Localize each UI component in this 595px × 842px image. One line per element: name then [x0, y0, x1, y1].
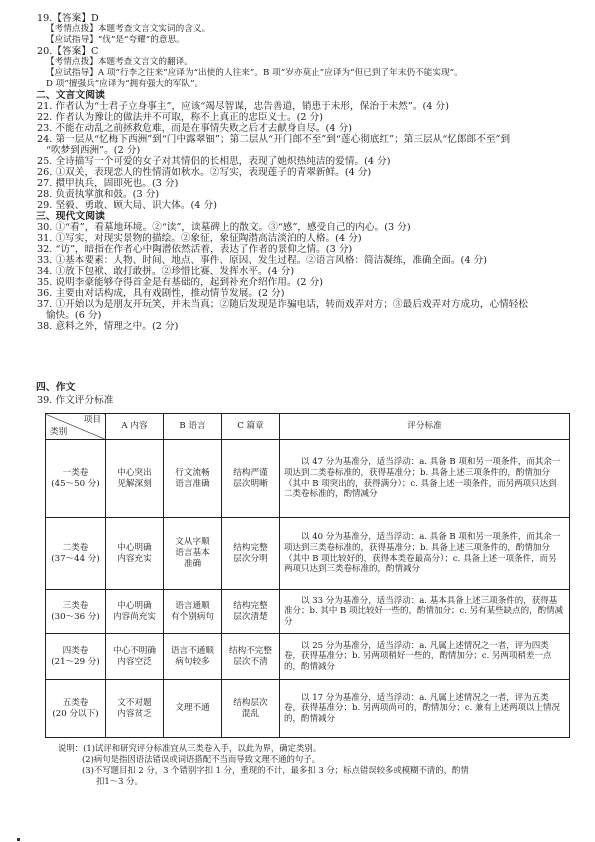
- answer-key-page: 19.【答案】D 【考情点拨】本题考查文言文实词的含义。 【应试指导】“伐”是“…: [0, 0, 595, 842]
- header-content: A 内容: [106, 414, 164, 440]
- grade-cell: 一类卷 (45～50 分): [46, 440, 106, 518]
- q20-guide-cont: D 项“擅强兵”应译为“拥有强大的军队”。: [46, 79, 203, 90]
- structure-text: 混乱: [224, 709, 277, 720]
- structure-text: 层次清楚: [224, 612, 277, 623]
- content-text: 见解深刻: [108, 479, 161, 490]
- language-text: 文从字顺: [166, 537, 219, 548]
- answer-item: 30. ①“看”，看墓地环境。②“读”，读墓碑上的散文。③“感”，感受自己的内心…: [37, 222, 411, 233]
- content-cell: 中心明确 内容尚充实: [106, 590, 164, 634]
- structure-cell: 结构不完整 层次不清: [222, 634, 280, 680]
- language-text: 语言通顺: [166, 601, 219, 612]
- q20-answer: 20.【答案】C: [37, 46, 98, 57]
- criteria-cell: 以 25 分为基准分，适当浮动：a. 凡属上述情况之一者，评为四类卷，获得基准分…: [280, 634, 570, 680]
- language-text: 行文流畅: [166, 468, 219, 479]
- structure-text: 结构完整: [224, 543, 277, 554]
- structure-text: 结构层次: [224, 698, 277, 709]
- answer-item: 25. 全诗描写一个可爱的女子对其情侣的长相思，表现了她炽热纯洁的爱情。(4 分…: [37, 156, 391, 167]
- answer-item: 37. ①开始以为是朋友开玩笑，并未当真；②随后发现是诈骗电话，转而戏弄对方；③…: [37, 299, 528, 310]
- header-structure: C 篇章: [222, 414, 280, 440]
- answer-item: 35. 说明李豪能够夺得首金是有基础的，起到补充介绍作用。(2 分): [37, 277, 323, 288]
- section-title-modern-reading: 三、现代文阅读: [36, 211, 105, 222]
- answer-item: 33. ①基本要素：人物、时间、地点、事件、原因、发生过程。②语言风格：简洁凝练…: [37, 255, 487, 266]
- content-text: 中心明确: [108, 543, 161, 554]
- rubric-corner-header: 项目 类别: [46, 414, 106, 440]
- answer-item: 29. 坚毅、勇敢、顾大局、识大体。(4 分): [37, 200, 217, 211]
- answer-item-cont: “吹梦到西洲”。(2 分): [46, 145, 140, 156]
- section-title-composition: 四、作文: [36, 382, 75, 393]
- content-cell: 文不对题 内容贫乏: [106, 680, 164, 738]
- answer-item: 21. 作者认为“士君子立身事主”，应该“竭尽智谋，忠告善道，销患于未形，保治于…: [37, 101, 449, 112]
- language-text: 语言基本: [166, 548, 219, 559]
- answer-item: 27. 擐甲执兵，固即死也。(3 分): [37, 178, 178, 189]
- rubric-row-grade-3: 三类卷 (30～36 分) 中心明确 内容尚充实 语言通顺 有个别病句 结构完整…: [46, 590, 570, 634]
- grade-cell: 三类卷 (30～36 分): [46, 590, 106, 634]
- grade-level: 一类卷: [48, 468, 103, 479]
- language-cell: 文理不通: [164, 680, 222, 738]
- structure-text: 层次明晰: [224, 479, 277, 490]
- content-text: 中心不明确: [108, 646, 161, 657]
- grade-cell: 二类卷 (37～44 分): [46, 518, 106, 590]
- structure-text: 层次不清: [224, 657, 277, 668]
- criteria-cell: 以 40 分为基准分，适当浮动：a. 具备 B 项和另一项条件，而其余一项达到三…: [280, 518, 570, 590]
- answer-item: 34. ①放下包袱、敢打敢拼。②珍惜比赛、发挥水平。(4 分): [37, 266, 294, 277]
- structure-text: 层次分明: [224, 554, 277, 565]
- language-cell: 语言不通顺 病句较多: [164, 634, 222, 680]
- structure-text: 结构不完整: [224, 646, 277, 657]
- language-text: 病句较多: [166, 657, 219, 668]
- item-label: 项目: [84, 415, 101, 426]
- language-cell: 行文流畅 语言准确: [164, 440, 222, 518]
- language-text: 文理不通: [166, 703, 219, 714]
- language-text: 准确: [166, 559, 219, 570]
- language-text: 有个别病句: [166, 612, 219, 623]
- composition-rubric-title: 39. 作文评分标准: [37, 395, 113, 406]
- grade-range: (30～36 分): [48, 612, 103, 623]
- language-text: 语言准确: [166, 479, 219, 490]
- criteria-text: 以 47 分为基准分，适当浮动：a. 具备 B 项和另一项条件，而其余一项达到二…: [284, 457, 565, 499]
- grade-level: 二类卷: [48, 543, 103, 554]
- content-text: 内容尚充实: [108, 612, 161, 623]
- header-language: B 语言: [164, 414, 222, 440]
- note-2: (2)病句是指因语法错误或词语搭配不当而导致文理不通的句子。: [82, 754, 320, 765]
- answer-item: 26. ①双关，表现恋人的性情清如秋水。②写实，表现莲子的青翠新鲜。(4 分): [37, 167, 371, 178]
- content-cell: 中心明确 内容充实: [106, 518, 164, 590]
- content-cell: 中心不明确 内容空泛: [106, 634, 164, 680]
- language-cell: 语言通顺 有个别病句: [164, 590, 222, 634]
- structure-text: 结构严谨: [224, 468, 277, 479]
- structure-text: 结构完整: [224, 601, 277, 612]
- grade-level: 五类卷: [48, 698, 103, 709]
- criteria-text: 以 33 分为基准分，适当浮动：a. 基本具备上述三项条件的，获得基准分；b. …: [284, 596, 565, 628]
- answer-item: 31. ①写实，对现实景物的描绘。②象征，象征陶潜高洁淡泊的人格。(4 分): [37, 233, 362, 244]
- answer-item: 24. 第一层从“忆梅下西洲”到“门中露翠钿”；第二层从“开门郎不至”到“莲心彻…: [37, 134, 510, 145]
- answer-item: 22. 作者认为豫让的做法并不可取，称不上真正的忠臣义士。(2 分): [37, 112, 323, 123]
- rubric-header-row: 项目 类别 A 内容 B 语言 C 篇章 评分标准: [46, 414, 570, 440]
- rubric-row-grade-5: 五类卷 (20 分以下) 文不对题 内容贫乏 文理不通 结构层次 混乱 以 17…: [46, 680, 570, 738]
- q20-point: 【考情点拨】本题考查文言文的翻译。: [46, 57, 193, 68]
- rubric-row-grade-2: 二类卷 (37～44 分) 中心明确 内容充实 文从字顺 语言基本 准确 结构完…: [46, 518, 570, 590]
- category-label: 类别: [50, 427, 67, 438]
- content-text: 内容充实: [108, 554, 161, 565]
- content-cell: 中心突出 见解深刻: [106, 440, 164, 518]
- structure-cell: 结构完整 层次清楚: [222, 590, 280, 634]
- note-3: (3)不写题目扣 2 分，3 个错别字扣 1 分，重现的不计，最多扣 3 分；标…: [82, 765, 469, 776]
- answer-item: 36. 主要由对话构成，具有戏剧性，推动情节发展。(2 分): [37, 288, 285, 299]
- grade-cell: 五类卷 (20 分以下): [46, 680, 106, 738]
- note-3-cont: 扣1～3 分。: [96, 776, 143, 787]
- note-1: 说明：(1)试评和研究评分标准宜从三类卷入手，以此为界，确定类别。: [58, 743, 321, 754]
- q19-point: 【考情点拨】本题考查文言文实词的含义。: [46, 24, 210, 35]
- q19-answer: 19.【答案】D: [37, 13, 99, 24]
- grade-cell: 四类卷 (21～29 分): [46, 634, 106, 680]
- criteria-text: 以 17 分为基准分，适当浮动：a. 凡属上述情况之一者，评为五类卷，获得基准分…: [284, 693, 565, 725]
- page-mark: [17, 838, 20, 841]
- header-criteria: 评分标准: [280, 414, 570, 440]
- answer-item: 38. 意料之外，情理之中。(2 分): [37, 321, 178, 332]
- structure-cell: 结构严谨 层次明晰: [222, 440, 280, 518]
- grade-range: (20 分以下): [48, 709, 103, 720]
- criteria-text: 以 25 分为基准分，适当浮动：a. 凡属上述情况之一者，评为四类卷，获得基准分…: [284, 641, 565, 673]
- composition-rubric-table: 项目 类别 A 内容 B 语言 C 篇章 评分标准 一类卷 (45～50 分) …: [45, 413, 570, 738]
- content-text: 文不对题: [108, 698, 161, 709]
- criteria-cell: 以 47 分为基准分，适当浮动：a. 具备 B 项和另一项条件，而其余一项达到二…: [280, 440, 570, 518]
- section-title-classical-reading: 二、文言文阅读: [36, 90, 105, 101]
- grade-range: (37～44 分): [48, 554, 103, 565]
- content-text: 中心突出: [108, 468, 161, 479]
- grade-range: (45～50 分): [48, 479, 103, 490]
- criteria-cell: 以 17 分为基准分，适当浮动：a. 凡属上述情况之一者，评为五类卷，获得基准分…: [280, 680, 570, 738]
- structure-cell: 结构完整 层次分明: [222, 518, 280, 590]
- content-text: 内容贫乏: [108, 709, 161, 720]
- language-cell: 文从字顺 语言基本 准确: [164, 518, 222, 590]
- grade-level: 四类卷: [48, 646, 103, 657]
- q20-guide: 【应试指导】A 项“行李之往来”应译为“出使的人往来”。B 项“岁亦莫止”应译为…: [46, 68, 463, 79]
- answer-item-cont: 愉快。(6 分): [46, 310, 101, 321]
- criteria-cell: 以 33 分为基准分，适当浮动：a. 基本具备上述三项条件的，获得基准分；b. …: [280, 590, 570, 634]
- content-text: 内容空泛: [108, 657, 161, 668]
- structure-cell: 结构层次 混乱: [222, 680, 280, 738]
- language-text: 语言不通顺: [166, 646, 219, 657]
- answer-item: 23. 不能在动乱之前拯救危难，而是在事情失败之后才去献身自尽。(4 分): [37, 123, 352, 134]
- criteria-text: 以 40 分为基准分，适当浮动：a. 具备 B 项和另一项条件，而其余一项达到三…: [284, 532, 565, 574]
- content-text: 中心明确: [108, 601, 161, 612]
- rubric-row-grade-4: 四类卷 (21～29 分) 中心不明确 内容空泛 语言不通顺 病句较多 结构不完…: [46, 634, 570, 680]
- grade-range: (21～29 分): [48, 657, 103, 668]
- rubric-row-grade-1: 一类卷 (45～50 分) 中心突出 见解深刻 行文流畅 语言准确 结构严谨 层…: [46, 440, 570, 518]
- q19-guide: 【应试指导】“伐”是“夸耀”的意思。: [46, 35, 185, 46]
- answer-item: 32. “访”，暗指在作者心中陶潜依然活着，表达了作者的景仰之情。(3 分): [37, 244, 352, 255]
- answer-item: 28. 负责执掌旗和鼓。(3 分): [37, 189, 159, 200]
- grade-level: 三类卷: [48, 601, 103, 612]
